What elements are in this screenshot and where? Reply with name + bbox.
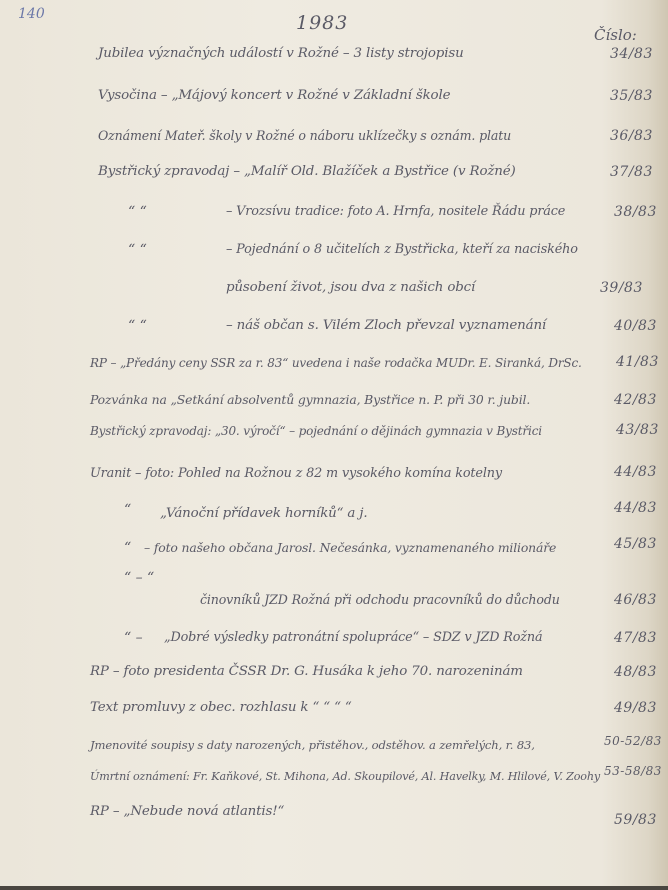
ledger-page: 140 1983 Číslo: Jubilea význačných událo…	[0, 0, 668, 890]
entry-text: Úmrtní oznámení: Fr. Kaňkové, St. Mihona…	[90, 770, 600, 783]
ditto-mark: “ “	[128, 318, 147, 334]
ledger-entry: Oznámení Mateř. školy v Rožné o náboru u…	[0, 124, 668, 152]
ledger-entry: “ “ – náš občan s. Vilém Zloch převzal v…	[0, 314, 668, 342]
ditto-mark: “	[124, 502, 131, 518]
ledger-entry: RP – „Předány ceny SSR za r. 83“ uvedena…	[0, 352, 668, 380]
ledger-entry: Vysočina – „Májový koncert v Rožné v Zák…	[0, 84, 668, 112]
page-number: 140	[18, 6, 45, 22]
ledger-entry: RP – „Nebude nová atlantis!“ 59/83	[0, 802, 668, 830]
ledger-entry: Jubilea význačných událostí v Rožné – 3 …	[0, 42, 668, 70]
entry-text: Bystřický zpravodaj: „30. výročí“ – poje…	[90, 424, 542, 438]
ditto-mark: “ “	[128, 242, 147, 258]
entry-text: RP – „Nebude nová atlantis!“	[90, 804, 284, 819]
entry-number: 34/83	[610, 46, 653, 62]
entry-number: 43/83	[616, 422, 659, 438]
entry-text: Jubilea význačných událostí v Rožné – 3 …	[98, 46, 464, 61]
entry-number: 59/83	[614, 812, 657, 828]
entry-text: RP – „Předány ceny SSR za r. 83“ uvedena…	[90, 356, 582, 370]
entry-text: – foto našeho občana Jarosl. Nečesánka, …	[144, 540, 556, 555]
entry-text: Vysočina – „Májový koncert v Rožné v Zák…	[98, 88, 450, 103]
entry-text: RP – foto presidenta ČSSR Dr. G. Husáka …	[90, 664, 523, 679]
ditto-mark: “ – “	[124, 570, 154, 586]
entry-number: 35/83	[610, 88, 653, 104]
entry-number: 39/83	[600, 280, 643, 296]
entry-number: 40/83	[614, 318, 657, 334]
entry-number: 41/83	[616, 354, 659, 370]
entry-number: 44/83	[614, 464, 657, 480]
entry-number: 49/83	[614, 700, 657, 716]
entry-text: – náš občan s. Vilém Zloch převzal vyzna…	[226, 318, 546, 333]
entry-text: „Dobré výsledky patronátní spolupráce“ –…	[164, 630, 542, 645]
ditto-mark: “ –	[124, 630, 143, 646]
entry-text: – Pojednání o 8 učitelích z Bystřicka, k…	[226, 242, 578, 257]
ledger-entry: Text promluvy z obec. rozhlasu k “ “ “ “…	[0, 696, 668, 724]
entry-text: působení život, jsou dva z našich obcí	[226, 280, 475, 295]
ledger-entry: Uranit – foto: Pohled na Rožnou z 82 m v…	[0, 462, 668, 490]
ledger-entry: Úmrtní oznámení: Fr. Kaňkové, St. Mihona…	[0, 764, 668, 792]
ledger-entry: Bystřický zpravodaj: „30. výročí“ – poje…	[0, 420, 668, 448]
ledger-entry: Bystřický zpravodaj – „Malíř Old. Blažíč…	[0, 160, 668, 188]
entry-text: – Vrozsívu tradice: foto A. Hrnfa, nosit…	[226, 204, 565, 219]
entry-text: Uranit – foto: Pohled na Rožnou z 82 m v…	[90, 466, 502, 481]
entry-text: „Vánoční přídavek horníků“ a j.	[160, 506, 367, 521]
entry-number: 44/83	[614, 500, 657, 516]
entry-number: 36/83	[610, 128, 653, 144]
ditto-mark: “	[124, 540, 131, 556]
entry-number: 48/83	[614, 664, 657, 680]
entry-text: Oznámení Mateř. školy v Rožné o náboru u…	[98, 128, 511, 143]
year-heading: 1983	[296, 12, 348, 34]
ledger-entry: Pozvánka na „Setkání absolventů gymnazia…	[0, 388, 668, 416]
entry-text: činovníků JZD Rožná při odchodu pracovní…	[200, 592, 560, 607]
ledger-entry: RP – foto presidenta ČSSR Dr. G. Husáka …	[0, 660, 668, 688]
entry-number: 42/83	[614, 392, 657, 408]
ledger-entry: činovníků JZD Rožná při odchodu pracovní…	[0, 588, 668, 616]
entry-number: 47/83	[614, 630, 657, 646]
ledger-entry-continuation: působení život, jsou dva z našich obcí 3…	[0, 276, 668, 304]
ledger-entry: “ „Vánoční přídavek horníků“ a j. 44/83	[0, 500, 668, 528]
ledger-entry: “ “ – Vrozsívu tradice: foto A. Hrnfa, n…	[0, 200, 668, 228]
entry-number: 53-58/83	[604, 764, 662, 778]
entry-number: 50-52/83	[604, 734, 662, 748]
entry-text: Jmenovité soupisy s daty narozených, při…	[90, 738, 535, 752]
ledger-entry: Jmenovité soupisy s daty narozených, při…	[0, 734, 668, 762]
entry-number: 38/83	[614, 204, 657, 220]
entry-text: Text promluvy z obec. rozhlasu k “ “ “ “	[90, 700, 352, 715]
ledger-entry: “ – „Dobré výsledky patronátní spoluprác…	[0, 626, 668, 654]
ledger-entry: “ “ – Pojednání o 8 učitelích z Bystřick…	[0, 238, 668, 266]
entry-number: 45/83	[614, 536, 657, 552]
ledger-entry: “ – foto našeho občana Jarosl. Nečesánka…	[0, 536, 668, 564]
entry-text: Pozvánka na „Setkání absolventů gymnazia…	[90, 392, 530, 407]
entry-number: 46/83	[614, 592, 657, 608]
entry-text: Bystřický zpravodaj – „Malíř Old. Blažíč…	[98, 164, 516, 179]
ditto-mark: “ “	[128, 204, 147, 220]
entry-number: 37/83	[610, 164, 653, 180]
